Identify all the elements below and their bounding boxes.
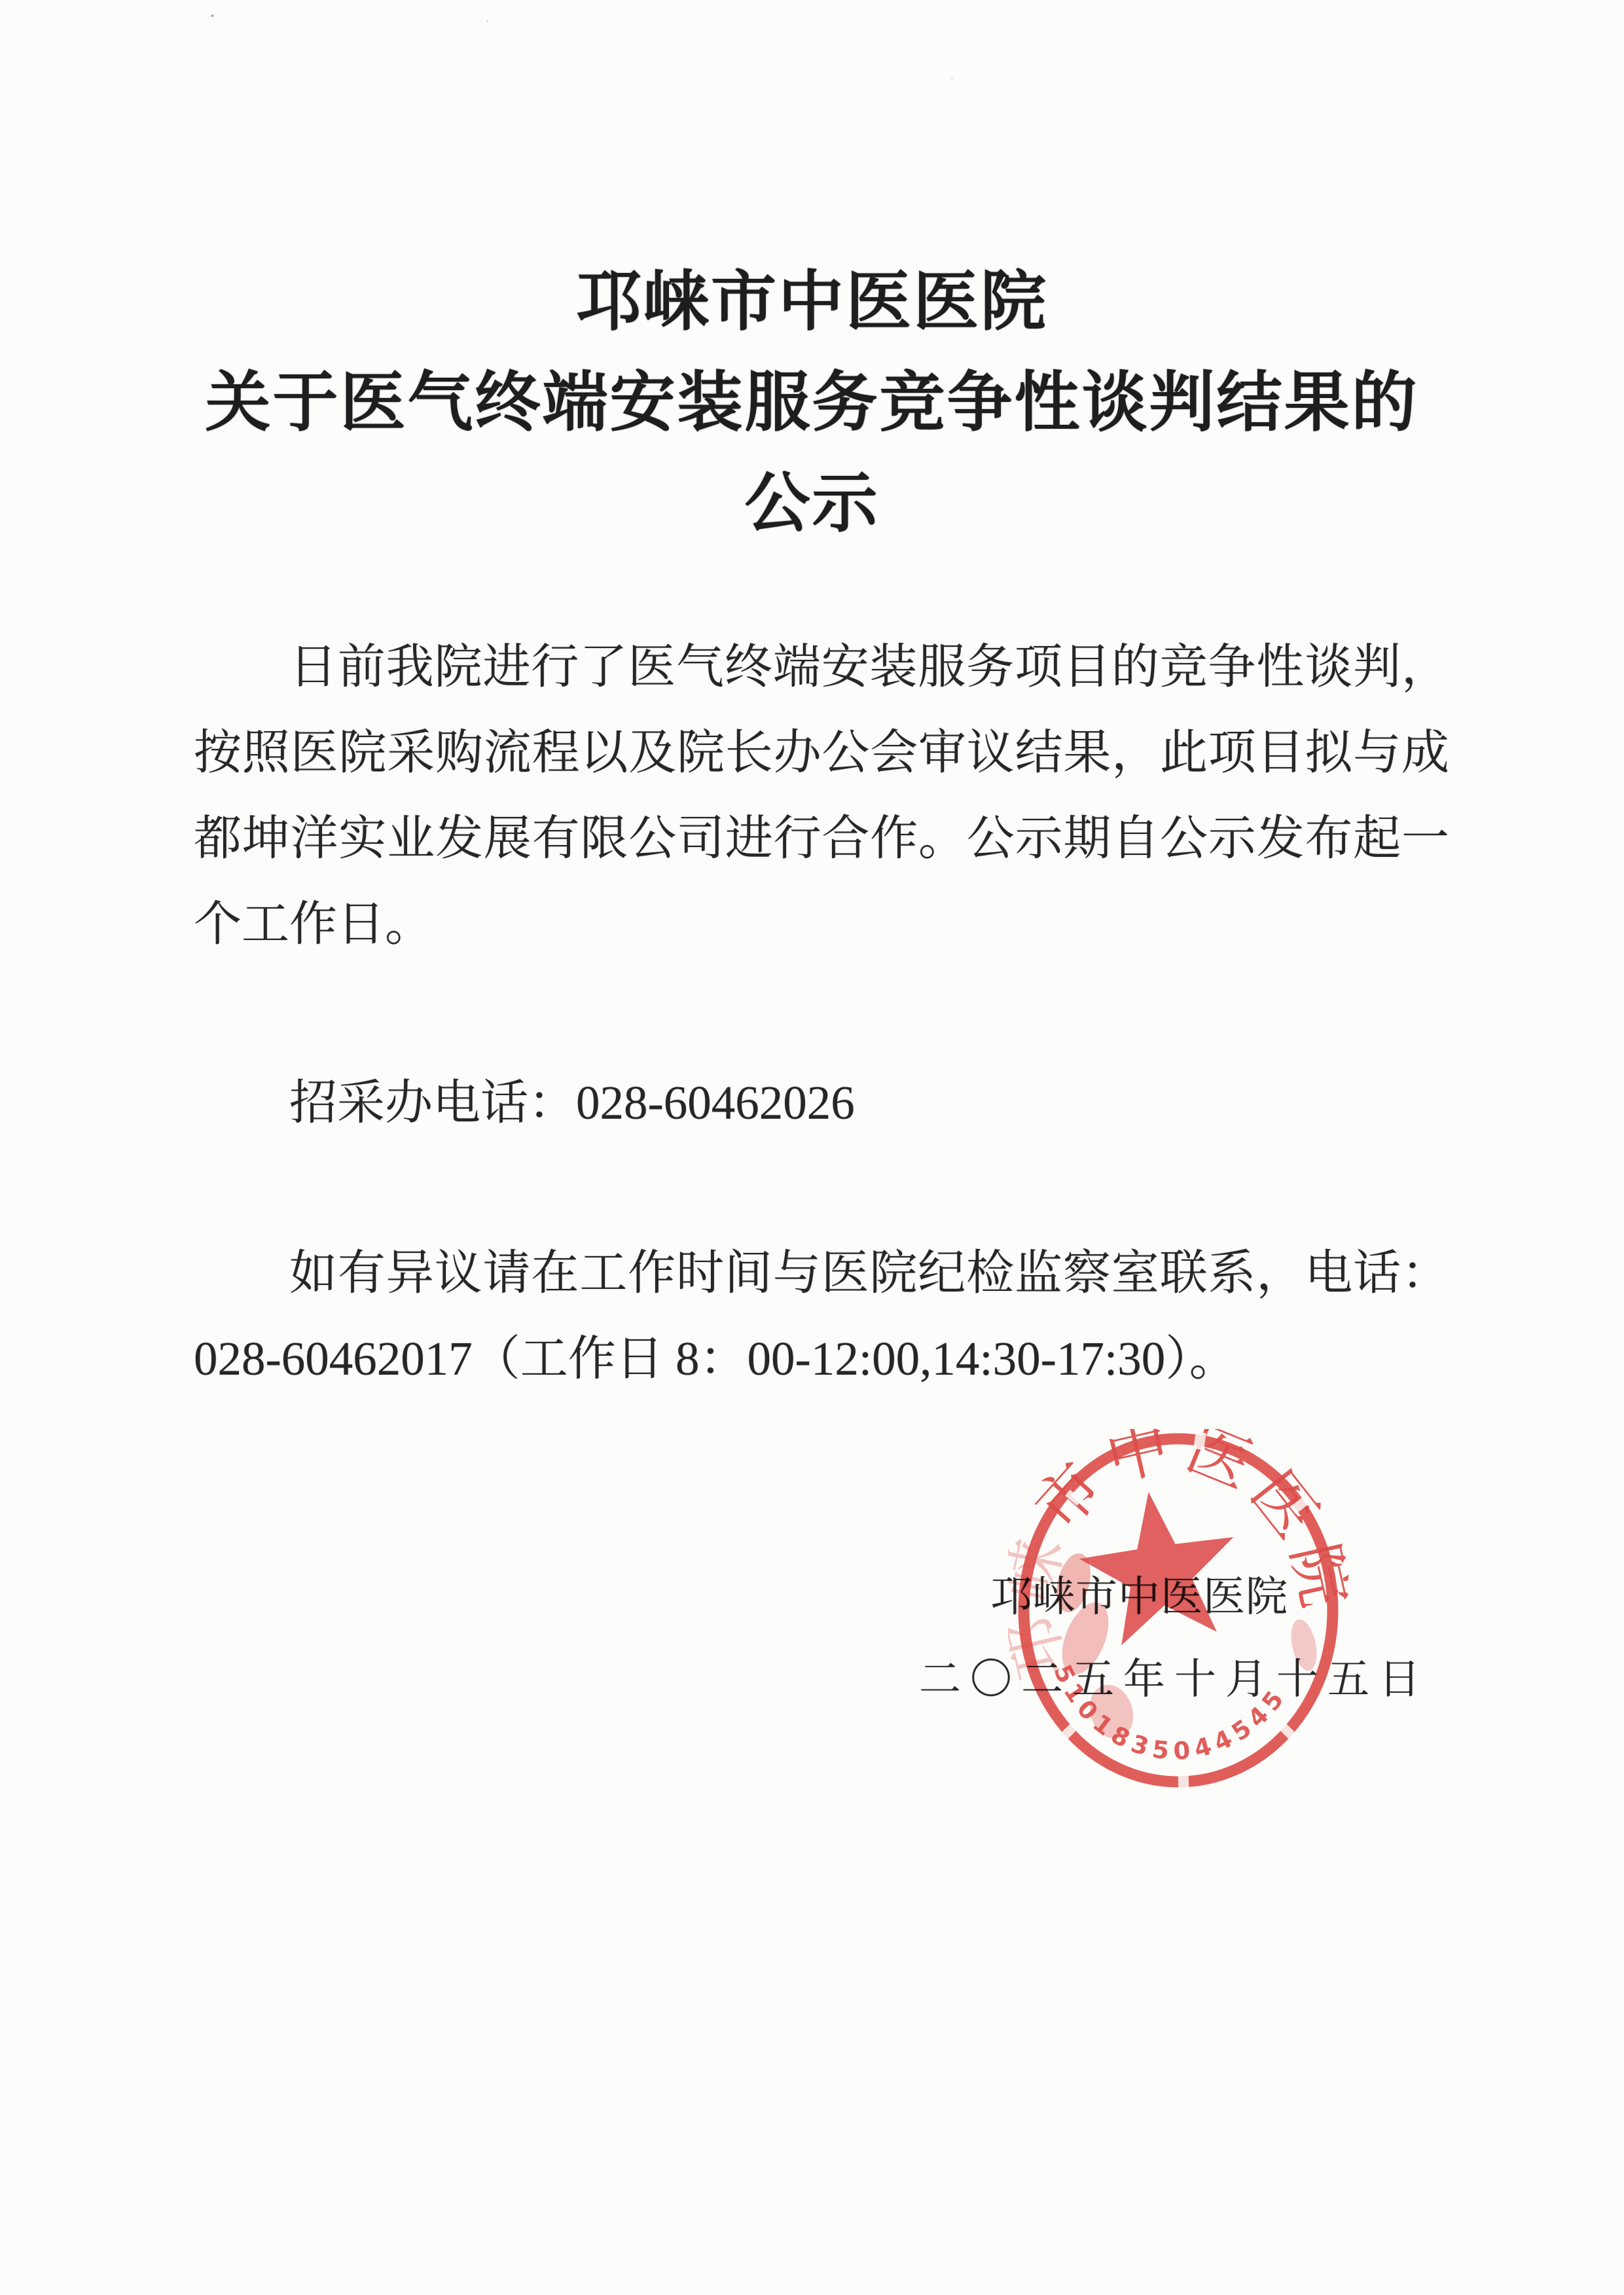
title-line-subject: 关于医气终端安装服务竞争性谈判结果的 (0, 353, 1624, 454)
paragraph-negotiation-result: 日前我院进行了医气终端安装服务项目的竞争性谈判，按照医院采购流程以及院长办公会审… (194, 624, 1449, 967)
title-line-hospital: 邛崃市中医医院 (0, 252, 1624, 353)
title-line-notice: 公示 (0, 454, 1624, 554)
document-page: 邛崃市中医医院 关于医气终端安装服务竞争性谈判结果的 公示 日前我院进行了医气终… (0, 0, 1624, 2295)
paragraph-objection-contact: 如有异议请在工作时间与医院纪检监察室联系，电话：028-60462017（工作日… (194, 1230, 1449, 1401)
scan-noise (211, 14, 214, 17)
document-title: 邛崃市中医医院 关于医气终端安装服务竞争性谈判结果的 公示 (0, 252, 1624, 554)
official-seal: 邛崃市中医医院 5101835044545 (1008, 1429, 1348, 1793)
procurement-phone-line: 招采办电话：028-60462026 (194, 1060, 1449, 1146)
